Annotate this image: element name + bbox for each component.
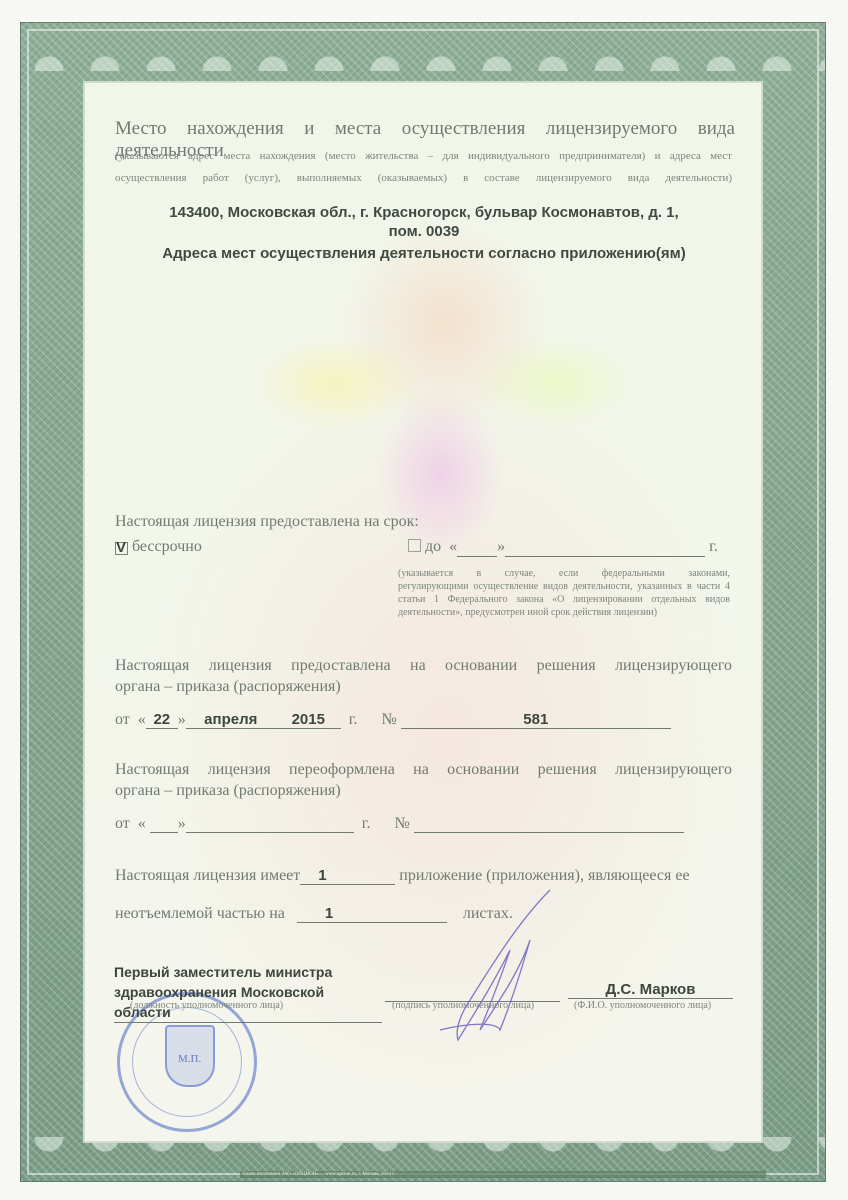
name-caption: (Ф.И.О. уполномоченного лица) bbox=[574, 1000, 711, 1011]
until-month-year-field[interactable] bbox=[505, 538, 705, 557]
term-label: Настоящая лицензия предоставлена на срок… bbox=[115, 513, 419, 531]
reissue-number-label: № bbox=[395, 815, 410, 832]
until-note-rest: регулирующими осуществление видов деятел… bbox=[398, 581, 730, 618]
reissue-day bbox=[150, 815, 178, 833]
until-checkbox[interactable] bbox=[408, 539, 421, 552]
stamp-mp-label: М.П. bbox=[178, 1053, 201, 1065]
quote-open: « bbox=[449, 538, 457, 555]
term-until-option: до « » г. bbox=[408, 538, 732, 557]
unlimited-label: бессрочно bbox=[132, 538, 202, 555]
until-note: (указывается в случае, если федеральными… bbox=[398, 567, 730, 619]
grant-month: апреля bbox=[186, 711, 276, 729]
appendix-count: 1 bbox=[300, 867, 395, 885]
term-unlimited-option: V бессрочно bbox=[115, 538, 202, 556]
until-day-field[interactable] bbox=[457, 538, 497, 557]
address-block: 143400, Московская обл., г. Красногорск,… bbox=[140, 203, 708, 241]
printer-info: Бланк изготовлен ЗАО «ОПЦИОН» ... www.op… bbox=[240, 1171, 766, 1178]
reissue-text-line1: Настоящая лицензия переоформлена на осно… bbox=[115, 761, 732, 779]
reissue-date-row: от « » г. № bbox=[115, 815, 735, 833]
signatory-name: Д.С. Марков bbox=[568, 981, 733, 999]
grant-year-suffix: г. bbox=[349, 711, 358, 728]
position-caption: (должность уполномоченного лица) bbox=[130, 1000, 283, 1011]
grant-text-line1: Настоящая лицензия предоставлена на осно… bbox=[115, 657, 732, 675]
reissue-year-suffix: г. bbox=[362, 815, 371, 832]
until-note-line1: (указывается в случае, если федеральными… bbox=[398, 567, 730, 580]
address-line1: 143400, Московская обл., г. Красногорск,… bbox=[140, 203, 708, 222]
location-hint: (указываются адрес места нахождения (мес… bbox=[115, 145, 732, 189]
location-hint-line1: (указываются адрес места нахождения (мес… bbox=[115, 145, 732, 167]
grant-number-label: № bbox=[382, 711, 397, 728]
reissue-month-year bbox=[186, 815, 354, 833]
address-line2: пом. 0039 bbox=[140, 222, 708, 241]
signatory-position-line1: Первый заместитель министра bbox=[114, 962, 382, 982]
grant-date-row: от «22»апреля2015 г. № 581 bbox=[115, 711, 735, 729]
appendix-part-label: неотъемлемой частью на bbox=[115, 905, 285, 922]
location-hint-line2: осуществления работ (услуг), выполняемых… bbox=[115, 167, 732, 189]
quote-close: » bbox=[497, 538, 505, 555]
grant-year: 2015 bbox=[276, 711, 341, 729]
handwritten-signature bbox=[400, 880, 580, 1050]
reissue-from-label: от bbox=[115, 815, 130, 832]
unlimited-checkbox[interactable]: V bbox=[115, 542, 128, 555]
address-note: Адреса мест осуществления деятельности с… bbox=[140, 245, 708, 262]
appendix-has-label: Настоящая лицензия имеет bbox=[115, 867, 300, 884]
grant-text-line2: органа – приказа (распоряжения) bbox=[115, 678, 341, 696]
until-label: до bbox=[425, 538, 441, 555]
signatory-position: Первый заместитель министра здравоохране… bbox=[114, 962, 382, 1023]
reissue-text-line2: органа – приказа (распоряжения) bbox=[115, 782, 341, 800]
reissue-number bbox=[414, 815, 684, 833]
grant-day: 22 bbox=[146, 711, 178, 729]
license-page: Место нахождения и места осуществления л… bbox=[0, 0, 848, 1200]
until-year-suffix: г. bbox=[709, 538, 718, 555]
grant-from-label: от bbox=[115, 711, 130, 728]
grant-number: 581 bbox=[401, 711, 671, 729]
